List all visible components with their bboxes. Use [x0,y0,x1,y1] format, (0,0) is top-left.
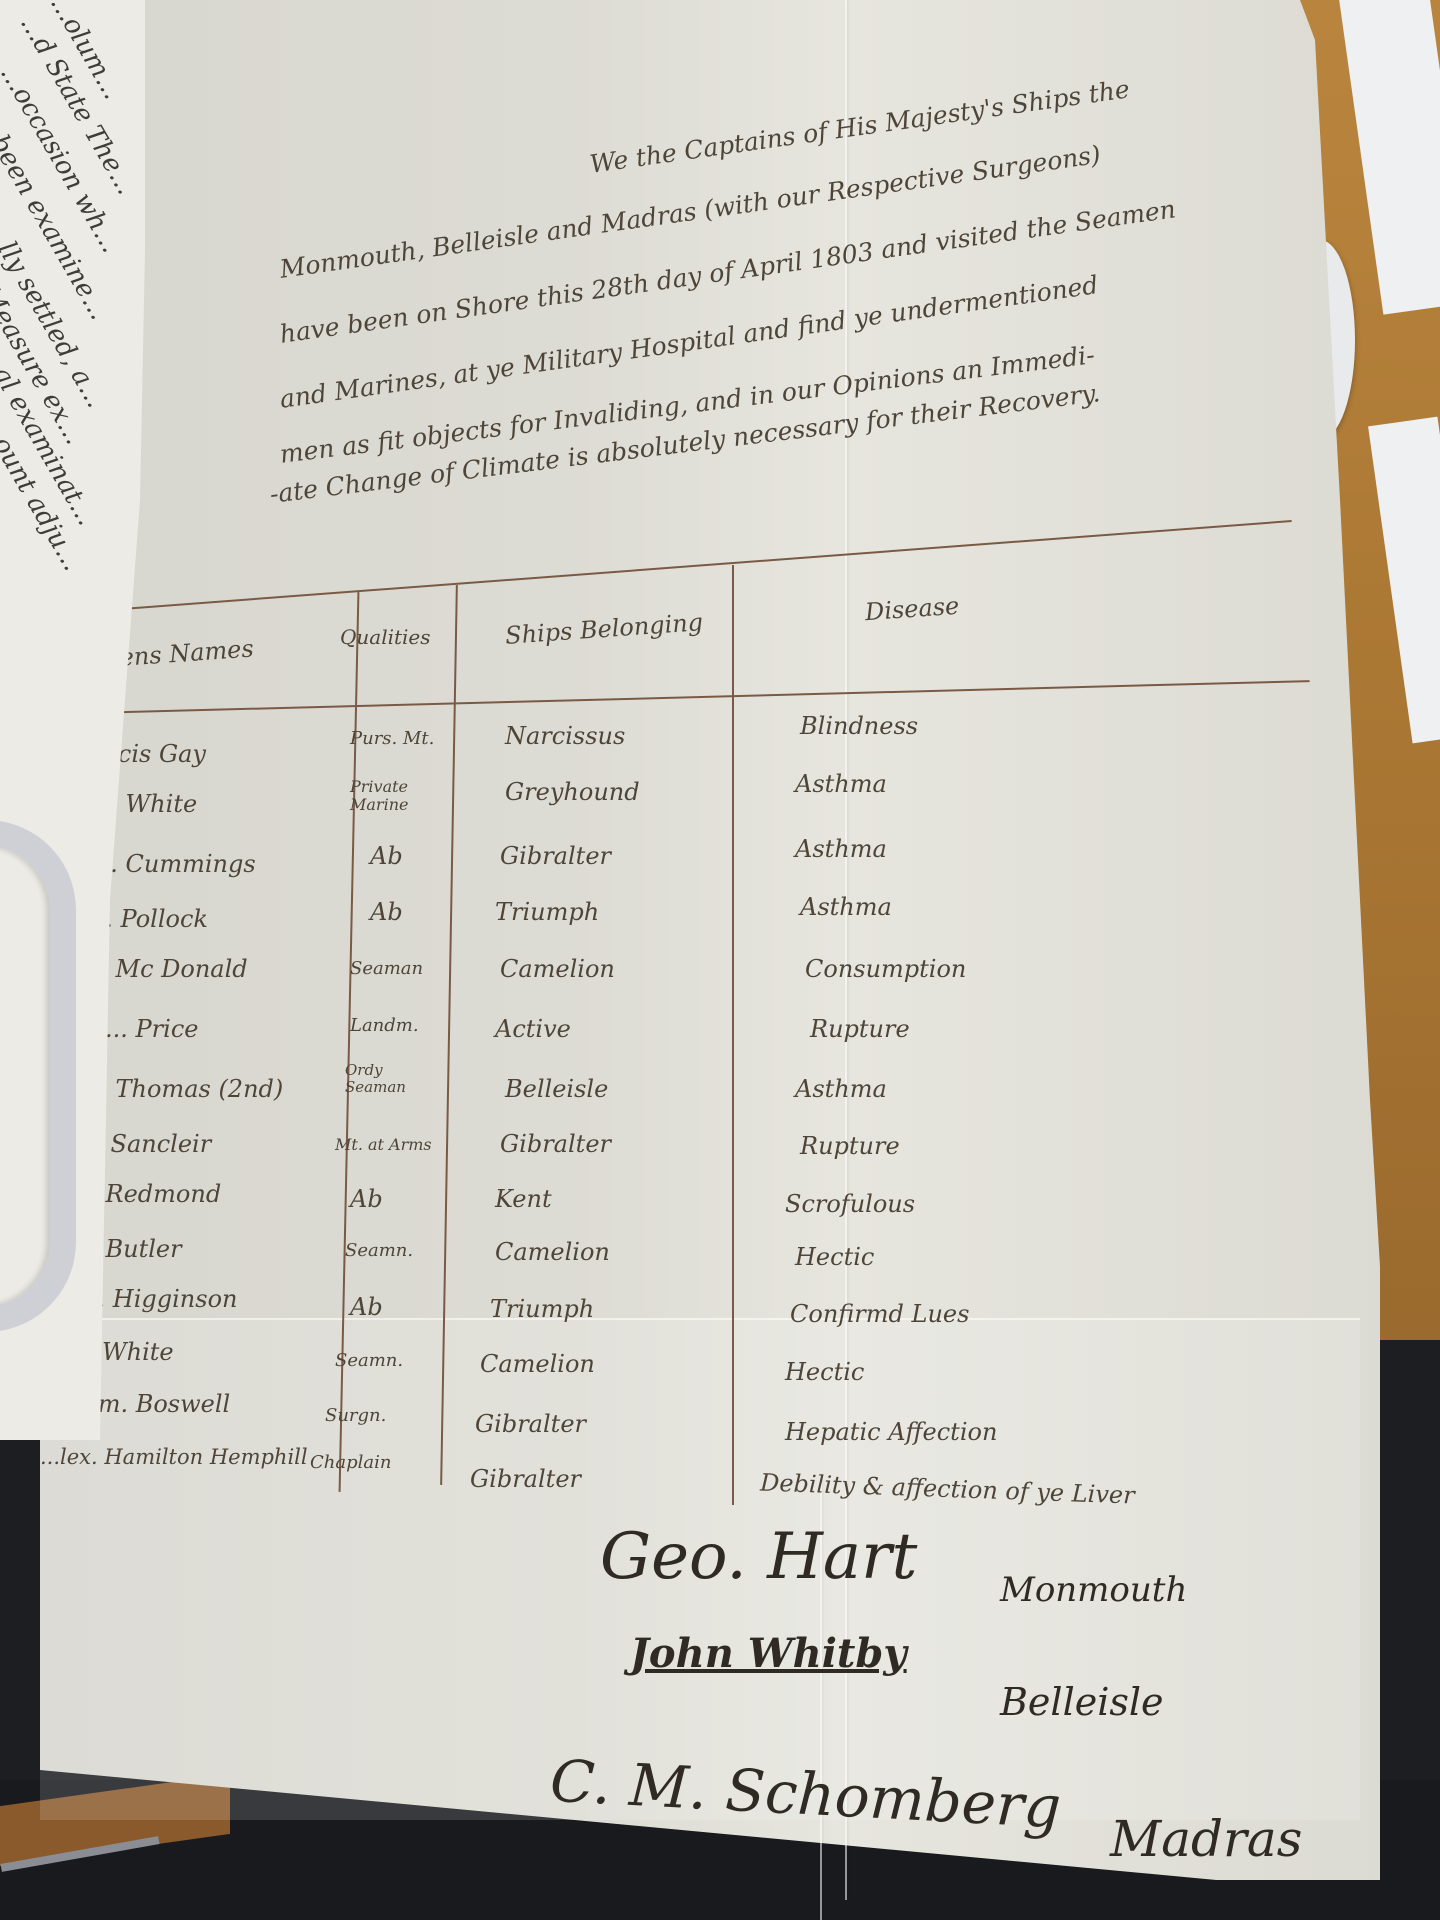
cell-ship: Greyhound [505,778,640,806]
cell-disease: Confirmd Lues [790,1300,969,1328]
cell-quality: Seamn. [345,1240,413,1261]
signature-name: John Whitby [630,1630,907,1677]
cell-ship: Camelion [480,1350,595,1378]
cell-ship: Gibralter [500,1130,611,1158]
cell-disease: Asthma [795,835,887,863]
bookmark-ribbon [0,820,76,1332]
cell-quality: Surgn. [325,1405,386,1426]
cell-disease: Asthma [795,1075,887,1103]
cell-ship: Narcissus [505,722,625,750]
background-paper [1368,417,1440,744]
cell-ship: Gibralter [470,1465,581,1493]
cell-ship: Active [495,1015,571,1043]
cell-disease: Scrofulous [785,1190,915,1218]
background-paper [1337,0,1440,315]
cell-ship: Gibralter [475,1410,586,1438]
cell-disease: Rupture [810,1015,910,1043]
cell-name: ... Price [105,1015,198,1043]
cell-name: ... Cummings [95,850,256,878]
cell-quality: Ab [350,1293,383,1321]
cell-ship: Triumph [490,1295,594,1323]
column-rule [732,565,734,1505]
cell-quality: Chaplain [310,1452,391,1473]
cell-disease: Asthma [800,893,892,921]
cell-disease: Hectic [785,1358,864,1386]
cell-disease: Hepatic Affection [785,1418,997,1446]
cell-name: ... Thomas (2nd) [85,1075,283,1103]
cell-ship: Triumph [495,898,599,926]
cell-ship: Kent [495,1185,552,1213]
cell-disease: Asthma [795,770,887,798]
cell-ship: Camelion [495,1238,610,1266]
cell-quality: Ordy Seaman [345,1062,445,1096]
signature-ship: Madras [1110,1810,1302,1868]
cell-quality: Private Marine [350,778,445,814]
cell-disease: Hectic [795,1243,874,1271]
cell-disease: Blindness [800,712,918,740]
cell-quality: Seamn. [335,1350,403,1371]
cell-name: ...lex. Hamilton Hemphill [40,1445,308,1469]
cell-ship: Gibralter [500,842,611,870]
header-qualities: Qualities [340,625,431,649]
signature-name: Geo. Hart [600,1520,917,1594]
cell-ship: Belleisle [505,1075,608,1103]
signature-ship: Monmouth [1000,1570,1187,1610]
cell-disease: Rupture [800,1132,900,1160]
cell-quality: Seaman [350,958,423,979]
cell-name: ... Mc Donald [85,955,248,983]
cell-quality: Landm. [350,1015,419,1036]
cell-quality: Purs. Mt. [350,728,434,749]
signature-ship: Belleisle [1000,1680,1164,1724]
cell-disease: Consumption [805,955,966,983]
cell-quality: Ab [370,898,403,926]
cell-quality: Ab [350,1185,383,1213]
cell-quality: Mt. at Arms [335,1135,432,1154]
cell-quality: Ab [370,842,403,870]
cell-ship: Camelion [500,955,615,983]
